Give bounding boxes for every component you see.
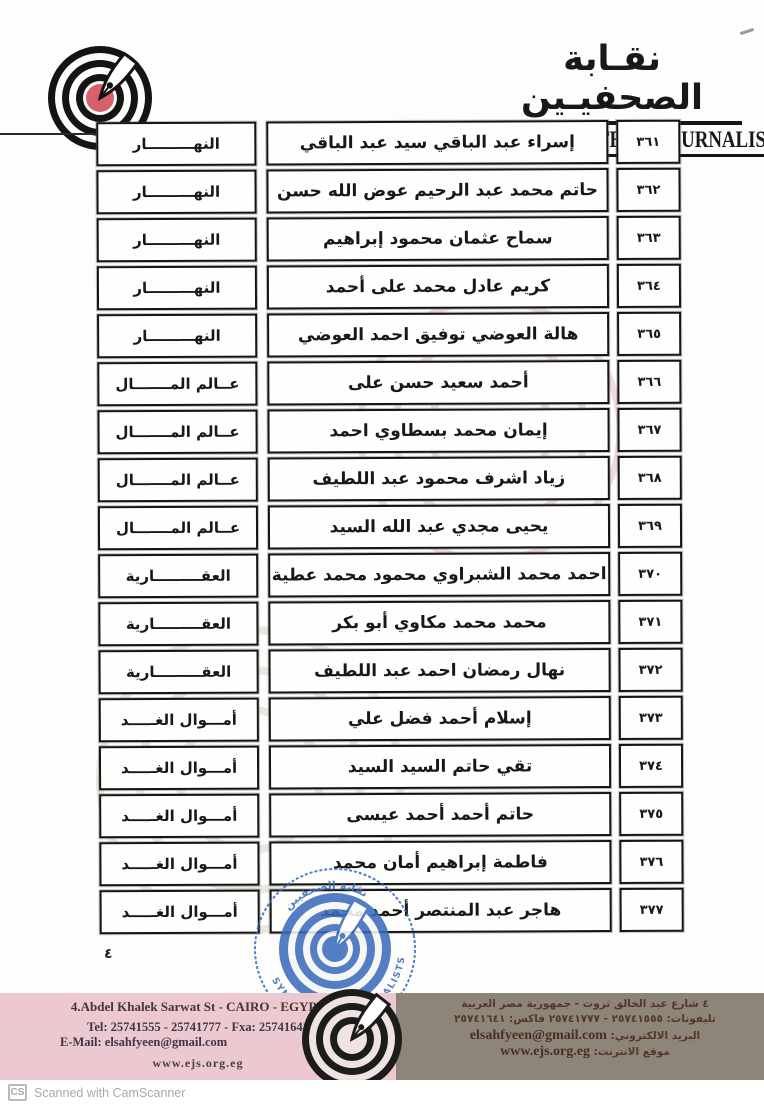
page-number: ٤ xyxy=(104,946,113,962)
table-row: ٣٦٣ سماح عثمان محمود إبراهيم النهـــــــ… xyxy=(97,216,681,263)
member-org: النهـــــــــار xyxy=(97,266,257,311)
table-row: ٣٦٨ زياد اشرف محمود عبد اللطيف عــالم ال… xyxy=(98,456,682,503)
member-name: سماح عثمان محمود إبراهيم xyxy=(267,216,609,261)
table-row: ٣٦٩ يحيى مجدي عبد الله السيد عــالم المـ… xyxy=(98,504,682,551)
member-number: ٣٦١ xyxy=(616,120,680,164)
member-name: زياد اشرف محمود عبد اللطيف xyxy=(268,456,610,501)
member-name: هالة العوضي توفيق احمد العوضي xyxy=(267,312,609,357)
member-number: ٣٧٦ xyxy=(619,840,683,884)
member-number: ٣٧٧ xyxy=(620,888,684,932)
member-number: ٣٦٥ xyxy=(617,312,681,356)
member-number: ٣٦٢ xyxy=(616,168,680,212)
member-org: عــالم المـــــــال xyxy=(98,506,258,551)
camscanner-icon: CS xyxy=(8,1084,27,1101)
scanned-page: نقـابة الصحفيـين SYNDICATE OF JOURNALIST… xyxy=(0,0,764,1106)
member-number: ٣٦٣ xyxy=(617,216,681,260)
table-row: ٣٧١ محمد محمد مكاوي أبو بكر العقــــــــ… xyxy=(98,600,682,647)
footer-website-label-ar: موقع الانترنت: xyxy=(594,1046,670,1058)
members-table: ٣٦١ إسراء عبد الباقي سيد عبد الباقي النه… xyxy=(96,120,684,939)
table-row: ٣٧٥ حاتم أحمد أحمد عيسى أمـــوال الغــــ… xyxy=(99,792,683,839)
member-number: ٣٧٢ xyxy=(619,648,683,692)
table-row: ٣٦٢ حاتم محمد عبد الرحيم عوض الله حسن ال… xyxy=(96,168,680,215)
member-name: إسلام أحمد فضل علي xyxy=(269,696,611,741)
member-org: عــالم المـــــــال xyxy=(98,458,258,503)
footer-phones-ar: تليفونات: ٢٥٧٤١٥٥٥ - ٢٥٧٤١٧٧٧ فاكس: ٢٥٧٤… xyxy=(420,1013,750,1025)
member-org: العقـــــــــارية xyxy=(98,602,258,647)
member-name: كريم عادل محمد على أحمد xyxy=(267,264,609,309)
member-org: عــالم المـــــــال xyxy=(97,362,257,407)
table-row: ٣٧٣ إسلام أحمد فضل علي أمـــوال الغـــــ… xyxy=(99,696,683,743)
table-row: ٣٦٦ أحمد سعيد حسن على عــالم المـــــــا… xyxy=(97,360,681,407)
footer-email-ar: البريد الالكتروني: elsahfyeen@gmail.com xyxy=(420,1028,750,1044)
member-number: ٣٦٤ xyxy=(617,264,681,308)
table-row: ٣٧٠ احمد محمد الشبراوي محمود محمد عطية ا… xyxy=(98,552,682,599)
member-org: عــالم المـــــــال xyxy=(97,410,257,455)
member-name: تقي حاتم السيد السيد xyxy=(269,744,611,789)
table-row: ٣٧٤ تقي حاتم السيد السيد أمـــوال الغـــ… xyxy=(99,744,683,791)
member-name: أحمد سعيد حسن على xyxy=(267,360,609,405)
member-org: العقـــــــــارية xyxy=(98,554,258,599)
footer-arabic-block: ٤ شارع عبد الخالق ثروت - جمهورية مصر الع… xyxy=(420,998,750,1060)
member-name: محمد محمد مكاوي أبو بكر xyxy=(268,600,610,645)
member-org: أمـــوال الغـــــد xyxy=(100,890,260,935)
member-org: النهـــــــــار xyxy=(97,314,257,359)
member-org: أمـــوال الغـــــد xyxy=(99,746,259,791)
camscanner-text: Scanned with CamScanner xyxy=(34,1086,185,1100)
member-number: ٣٧٥ xyxy=(619,792,683,836)
member-number: ٣٦٨ xyxy=(618,456,682,500)
footer-letterhead: 4.Abdel Khalek Sarwat St - CAIRO - EGYPT… xyxy=(0,993,764,1080)
page-title-arabic: نقـابة الصحفيـين xyxy=(482,40,742,125)
member-number: ٣٧٤ xyxy=(619,744,683,788)
footer-target-pen-logo xyxy=(298,981,410,1091)
member-name: إسراء عبد الباقي سيد عبد الباقي xyxy=(266,120,608,165)
footer-email-value: elsahfyeen@gmail.com xyxy=(470,1028,607,1043)
footer-website-value: www.ejs.org.eg xyxy=(500,1044,590,1059)
table-row: ٣٧٢ نهال رمضان احمد عبد اللطيف العقـــــ… xyxy=(99,648,683,695)
table-row: ٣٦٧ إيمان محمد بسطاوي احمد عــالم المـــ… xyxy=(97,408,681,455)
member-name: نهال رمضان احمد عبد اللطيف xyxy=(269,648,611,693)
camscanner-bar: CS Scanned with CamScanner xyxy=(0,1080,764,1106)
footer-email-label-ar: البريد الالكتروني: xyxy=(611,1030,701,1042)
member-number: ٣٦٩ xyxy=(618,504,682,548)
table-row: ٣٦١ إسراء عبد الباقي سيد عبد الباقي النه… xyxy=(96,120,680,167)
member-org: أمـــوال الغـــــد xyxy=(99,842,259,887)
member-org: أمـــوال الغـــــد xyxy=(99,794,259,839)
table-row: ٣٦٤ كريم عادل محمد على أحمد النهــــــــ… xyxy=(97,264,681,311)
member-number: ٣٦٦ xyxy=(617,360,681,404)
member-number: ٣٧٣ xyxy=(619,696,683,740)
member-org: النهـــــــــار xyxy=(96,122,256,167)
member-org: النهـــــــــار xyxy=(96,170,256,215)
member-org: النهـــــــــار xyxy=(97,218,257,263)
scan-artifact-line xyxy=(0,133,97,135)
footer-website-ar: موقع الانترنت: www.ejs.org.eg xyxy=(420,1044,750,1060)
member-org: العقـــــــــارية xyxy=(99,650,259,695)
footer-address-ar: ٤ شارع عبد الخالق ثروت - جمهورية مصر الع… xyxy=(420,998,750,1010)
member-org: أمـــوال الغـــــد xyxy=(99,698,259,743)
member-number: ٣٧١ xyxy=(618,600,682,644)
member-name: يحيى مجدي عبد الله السيد xyxy=(268,504,610,549)
member-name: إيمان محمد بسطاوي احمد xyxy=(267,408,609,453)
member-number: ٣٧٠ xyxy=(618,552,682,596)
table-row: ٣٦٥ هالة العوضي توفيق احمد العوضي النهــ… xyxy=(97,312,681,359)
scan-artifact-mark xyxy=(740,28,754,35)
member-name: حاتم أحمد أحمد عيسى xyxy=(269,792,611,837)
member-name: حاتم محمد عبد الرحيم عوض الله حسن xyxy=(266,168,608,213)
member-number: ٣٦٧ xyxy=(617,408,681,452)
member-name: احمد محمد الشبراوي محمود محمد عطية xyxy=(268,552,610,597)
